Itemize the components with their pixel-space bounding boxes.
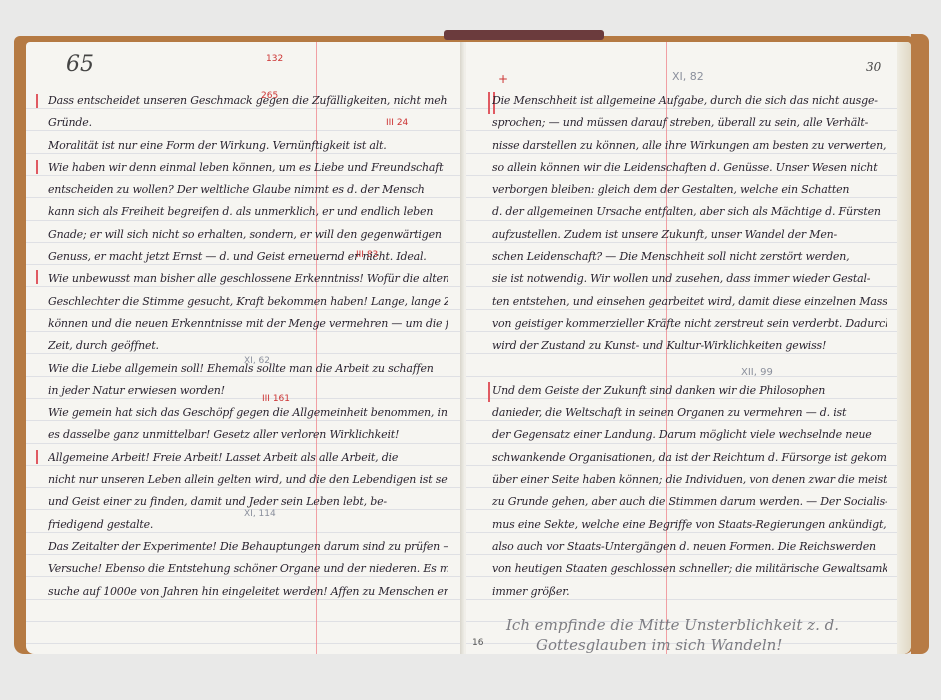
ruled-line — [26, 621, 466, 622]
text-line: Genuss, er macht jetzt Ernst — d. und Ge… — [48, 246, 448, 268]
text-line: von heutigen Staaten geschlossen schnell… — [492, 558, 887, 580]
text-line: zu Grunde gehen, aber auch die Stimmen d… — [492, 491, 887, 513]
left-page-text: Dass entscheidet unseren Geschmack gegen… — [48, 90, 448, 603]
text-line: immer größer. — [492, 581, 887, 603]
page-number: 65 — [66, 52, 94, 77]
text-line: sprochen; — und müssen darauf streben, ü… — [492, 112, 887, 134]
text-line: Gnade; er will sich nicht so erhalten, s… — [48, 224, 448, 246]
text-line: Wie unbewusst man bisher alle geschlosse… — [48, 268, 448, 290]
spine-top — [444, 30, 604, 40]
text-line: danieder, die Weltschaft in seinen Organ… — [492, 402, 887, 424]
text-line: über einer Seite haben können; die Indiv… — [492, 469, 887, 491]
text-line: Zeit, durch geöffnet. — [48, 335, 448, 357]
text-line: Und dem Geiste der Zukunft sind danken w… — [492, 380, 887, 402]
text-line: schen Leidenschaft? — Die Menschheit sol… — [492, 246, 887, 268]
text-line: Wie die Liebe allgemein soll! Ehemals so… — [48, 358, 448, 380]
text-line: Wie haben wir denn einmal leben können, … — [48, 157, 448, 179]
text-line: sie ist notwendig. Wir wollen und zusehe… — [492, 268, 887, 290]
text-line: verborgen bleiben: gleich dem der Gestal… — [492, 179, 887, 201]
text-line: in jeder Natur erwiesen worden! — [48, 380, 448, 402]
reference-note: 132 — [266, 54, 283, 64]
page-corner-number: 16 — [472, 638, 483, 648]
text-line: so allein können wir die Leidenschaften … — [492, 157, 887, 179]
ruled-line — [26, 643, 466, 644]
pencil-note: Ich empfinde die Mitte Unsterblichkeit z… — [506, 616, 839, 634]
text-line: können und die neuen Erkenntnisse mit de… — [48, 313, 448, 335]
left-page: 65 132 265 III 24 III 83 XI, 62 III 161 … — [26, 42, 466, 654]
text-line: nicht nur unseren Leben allein gelten wi… — [48, 469, 448, 491]
text-line: entscheiden zu wollen? Der weltliche Gla… — [48, 179, 448, 201]
margin-mark — [36, 160, 38, 174]
right-page-text: Die Menschheit ist allgemeine Aufgabe, d… — [492, 90, 887, 603]
text-line: der Gegensatz einer Landung. Darum mögli… — [492, 424, 887, 446]
pencil-note: Gottesglauben im sich Wandeln! — [536, 636, 782, 654]
reference-note: XI, 82 — [672, 70, 704, 83]
text-line: friedigend gestalte. — [48, 514, 448, 536]
text-line: und Geist einer zu finden, damit und Jed… — [48, 491, 448, 513]
text-line — [492, 358, 887, 380]
text-line: von geistiger kommerzieller Kräfte nicht… — [492, 313, 887, 335]
text-line: aufzustellen. Zudem ist unsere Zukunft, … — [492, 224, 887, 246]
text-line: Allgemeine Arbeit! Freie Arbeit! Lasset … — [48, 447, 448, 469]
text-line: wird der Zustand zu Kunst- und Kultur-Wi… — [492, 335, 887, 357]
text-line: Das Zeitalter der Experimente! Die Behau… — [48, 536, 448, 558]
book-cover-right-edge — [911, 34, 929, 654]
margin-mark — [488, 382, 490, 402]
text-line: also auch vor Staats-Untergängen d. neue… — [492, 536, 887, 558]
plus-mark: + — [498, 72, 508, 86]
text-line: Dass entscheidet unseren Geschmack gegen… — [48, 90, 448, 112]
text-line: kann sich als Freiheit begreifen d. als … — [48, 201, 448, 223]
margin-mark — [36, 450, 38, 464]
text-line: suche auf 1000e von Jahren hin eingeleit… — [48, 581, 448, 603]
page-number: 30 — [866, 60, 881, 74]
notebook: 65 132 265 III 24 III 83 XI, 62 III 161 … — [14, 30, 929, 660]
page-edge — [897, 42, 911, 654]
text-line: ten entstehen, und einsehen gearbeitet w… — [492, 291, 887, 313]
text-line: mus eine Sekte, welche eine Begriffe von… — [492, 514, 887, 536]
text-line: schwankende Organisationen, da ist der R… — [492, 447, 887, 469]
text-line: Die Menschheit ist allgemeine Aufgabe, d… — [492, 90, 887, 112]
right-page: 30 + XI, 82 XII, 99 Die Menschheit ist a… — [466, 42, 911, 654]
text-line: Gründe. — [48, 112, 448, 134]
margin-mark — [488, 92, 490, 114]
text-line: Wie gemein hat sich das Geschöpf gegen d… — [48, 402, 448, 424]
text-line: d. der allgemeinen Ursache entfalten, ab… — [492, 201, 887, 223]
margin-mark — [36, 94, 38, 108]
text-line: Versuche! Ebenso die Entstehung schöner … — [48, 558, 448, 580]
text-line: Geschlechter die Stimme gesucht, Kraft b… — [48, 291, 448, 313]
text-line: es dasselbe ganz unmittelbar! Gesetz all… — [48, 424, 448, 446]
text-line: Moralität ist nur eine Form der Wirkung.… — [48, 135, 448, 157]
text-line: nisse darstellen zu können, alle ihre Wi… — [492, 135, 887, 157]
margin-mark — [36, 270, 38, 284]
